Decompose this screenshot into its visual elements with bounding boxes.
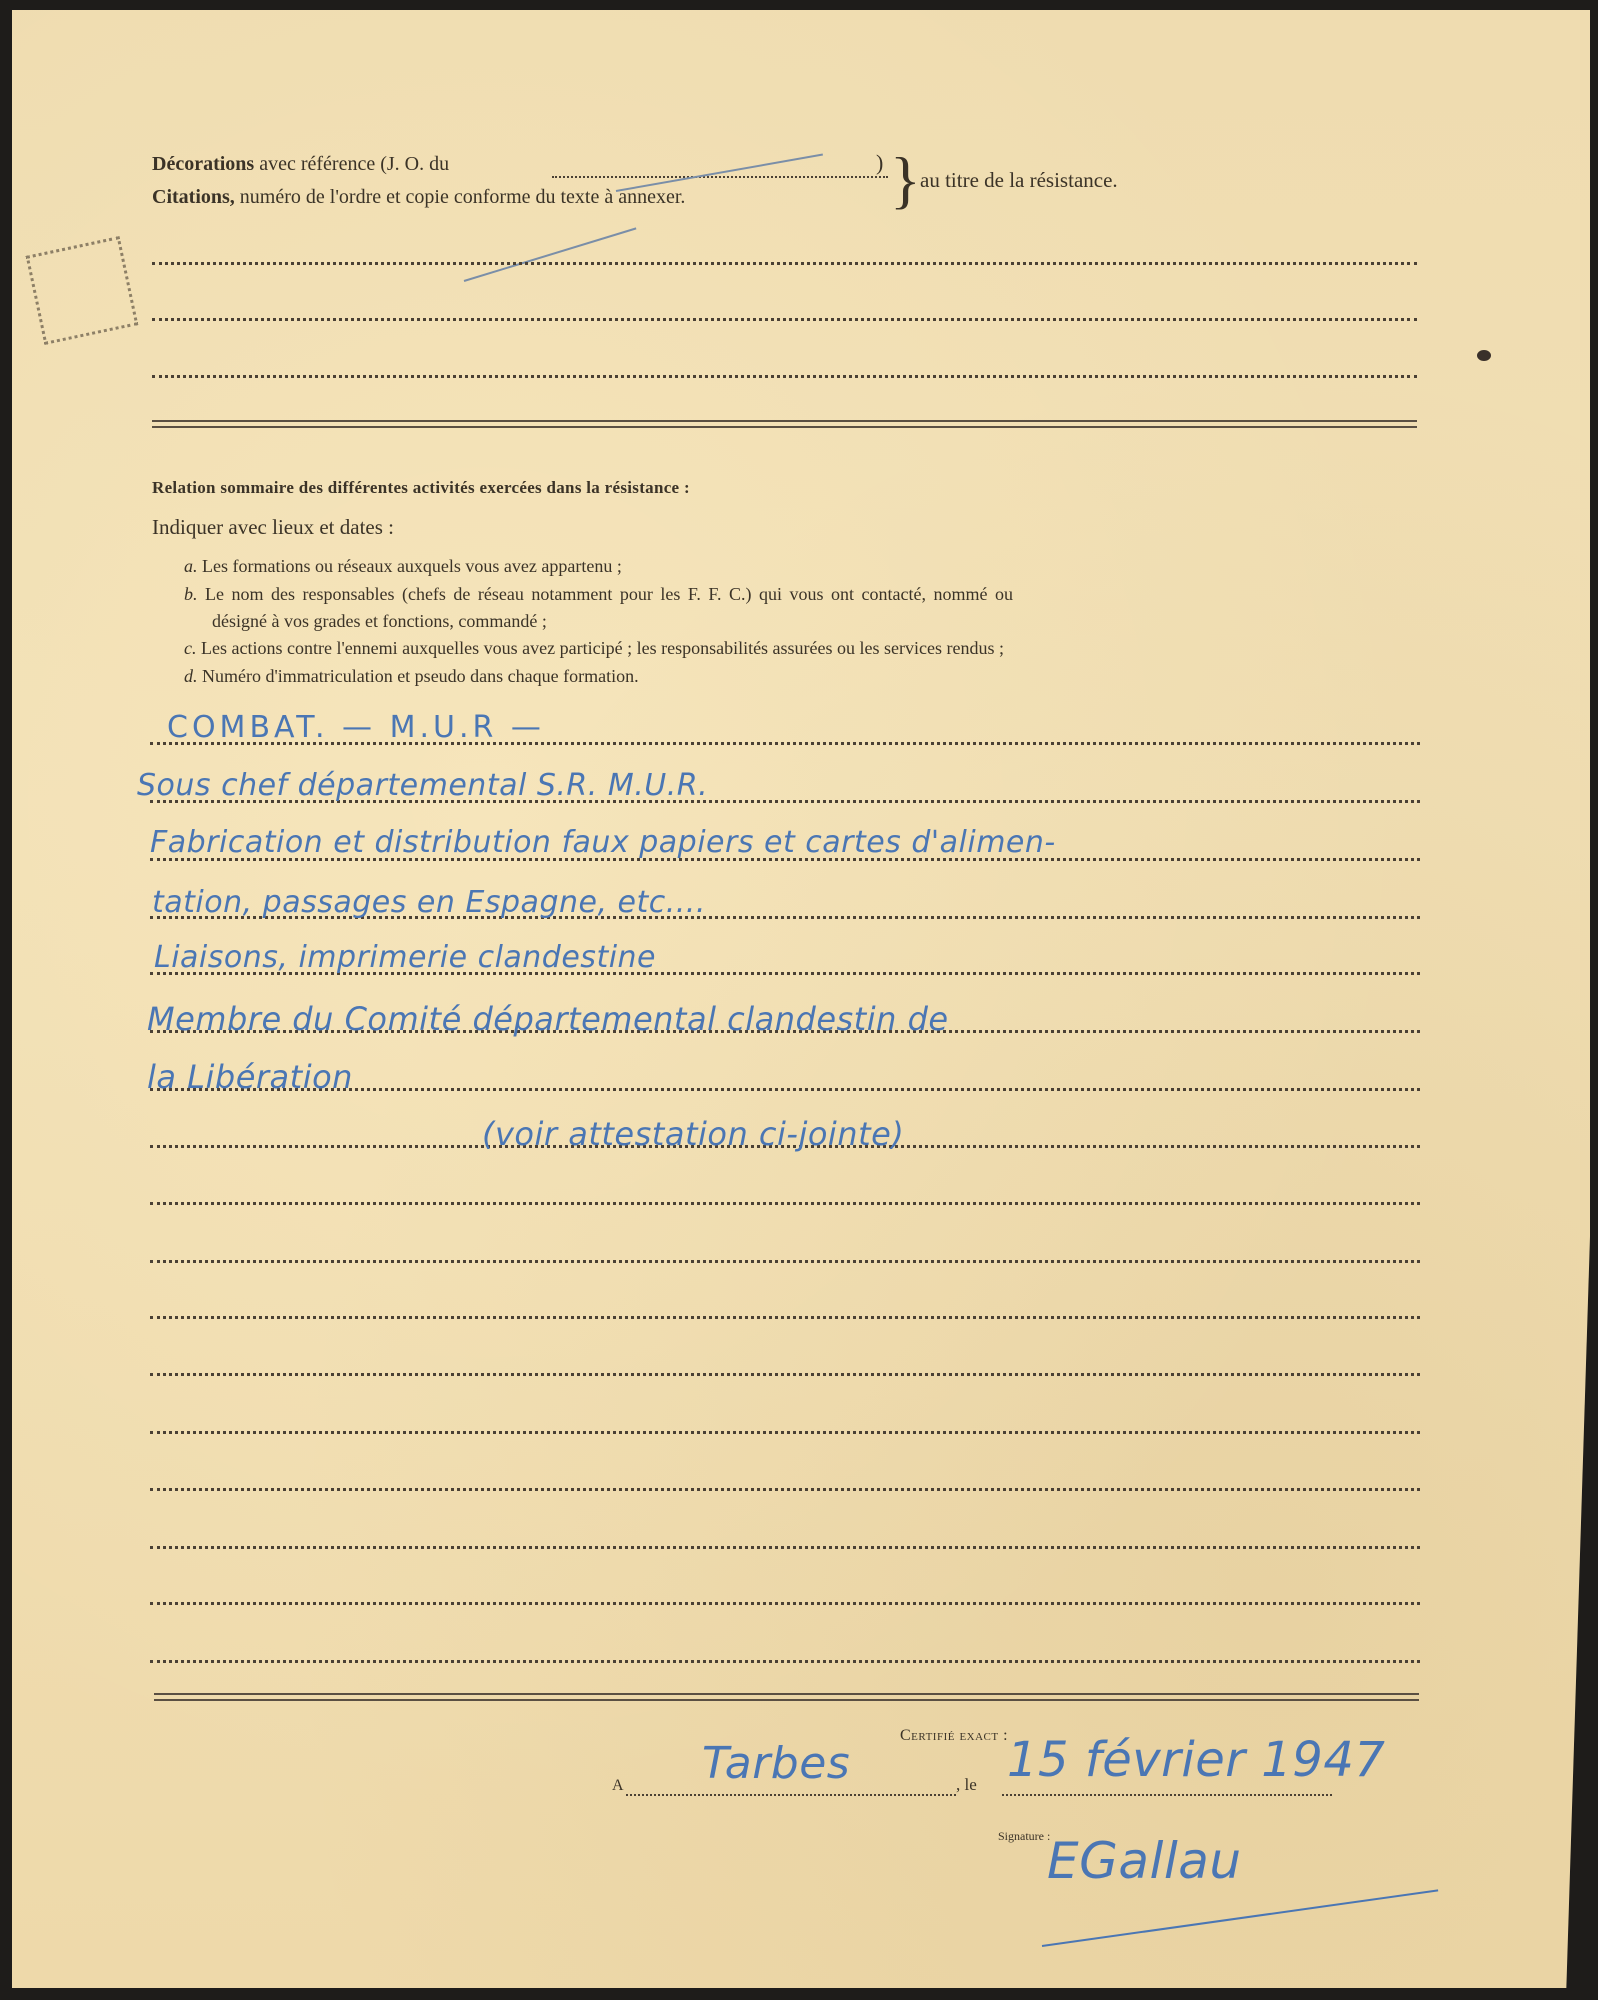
signature[interactable]: EGallau (1047, 1832, 1242, 1890)
activity-line-14[interactable] (150, 1488, 1420, 1491)
instruction-item-a: a. Les formations ou réseaux auxquels vo… (184, 556, 622, 577)
decorations-line: Décorations avec référence (J. O. du (152, 153, 449, 176)
handwritten-line-6: Membre du Comité départemental clandesti… (147, 1000, 949, 1038)
activity-line-12[interactable] (150, 1373, 1420, 1376)
citation-line-2[interactable] (152, 318, 1417, 321)
pen-strike-2 (464, 227, 637, 282)
section-divider-bottom (154, 1693, 1419, 1701)
item-text: désigné à vos grades et fonctions, comma… (212, 611, 547, 631)
instruction-item-c: c. Les actions contre l'ennemi auxquelle… (184, 638, 1004, 659)
instruction-item-b: b. Le nom des responsables (chefs de rés… (184, 584, 1013, 605)
activity-line-17[interactable] (150, 1660, 1420, 1663)
item-text: Le nom des responsables (chefs de réseau… (205, 584, 1013, 604)
activity-line-13[interactable] (150, 1431, 1420, 1434)
citations-line: Citations, numéro de l'ordre et copie co… (152, 186, 685, 209)
place-value: Tarbes (702, 1738, 850, 1789)
decorations-label: Décorations (152, 153, 254, 175)
document-page: Décorations avec référence (J. O. du ) C… (12, 10, 1590, 1988)
signature-underline (1042, 1889, 1438, 1947)
certified-title: Certifié exact : (900, 1727, 1008, 1745)
date-field[interactable] (1002, 1794, 1332, 1796)
item-text: Les actions contre l'ennemi auxquelles v… (201, 638, 1004, 658)
handwritten-line-8: (voir attestation ci-jointe) (482, 1115, 904, 1153)
pen-strike-1 (616, 154, 823, 192)
item-text: Numéro d'immatriculation et pseudo dans … (202, 666, 639, 686)
date-value: 15 février 1947 (1007, 1732, 1385, 1788)
decorations-close-paren: ) (876, 150, 883, 176)
citation-line-1[interactable] (152, 262, 1417, 265)
handwritten-line-5: Liaisons, imprimerie clandestine (154, 940, 656, 975)
resistance-note: au titre de la résistance. (920, 168, 1118, 193)
item-letter: a. (184, 556, 198, 576)
handwritten-line-1: COMBAT. — M.U.R — (167, 710, 545, 745)
section-divider-top (152, 420, 1417, 428)
jo-date-field[interactable] (552, 176, 888, 178)
right-brace-icon: } (890, 148, 921, 212)
ink-blot (1477, 350, 1491, 361)
place-field[interactable] (626, 1794, 956, 1796)
handwritten-line-4: tation, passages en Espagne, etc.... (152, 885, 706, 920)
activity-line-15[interactable] (150, 1546, 1420, 1549)
activities-instruction: Indiquer avec lieux et dates : (152, 515, 394, 540)
item-text: Les formations ou réseaux auxquels vous … (202, 556, 622, 576)
handwritten-line-2: Sous chef départemental S.R. M.U.R. (137, 768, 708, 803)
activities-heading: Relation sommaire des différentes activi… (152, 478, 690, 498)
activity-line-16[interactable] (150, 1602, 1420, 1605)
item-letter: b. (184, 584, 198, 604)
instruction-item-d: d. Numéro d'immatriculation et pseudo da… (184, 666, 639, 687)
activity-line-9[interactable] (150, 1202, 1420, 1205)
signature-label: Signature : (998, 1829, 1050, 1844)
activity-line-10[interactable] (150, 1260, 1420, 1263)
activity-line-11[interactable] (150, 1316, 1420, 1319)
place-prefix: A (612, 1777, 624, 1795)
handwritten-line-7: la Libération (147, 1058, 353, 1096)
date-prefix: , le (956, 1775, 977, 1795)
decorations-reference-text: avec référence (J. O. du (259, 153, 449, 175)
item-letter: d. (184, 666, 198, 686)
item-letter: c. (184, 638, 197, 658)
citation-line-3[interactable] (152, 375, 1417, 378)
faded-stamp (26, 236, 139, 345)
citations-label: Citations, (152, 186, 235, 208)
handwritten-line-3: Fabrication et distribution faux papiers… (150, 825, 1056, 860)
instruction-item-b-cont: désigné à vos grades et fonctions, comma… (212, 611, 547, 632)
